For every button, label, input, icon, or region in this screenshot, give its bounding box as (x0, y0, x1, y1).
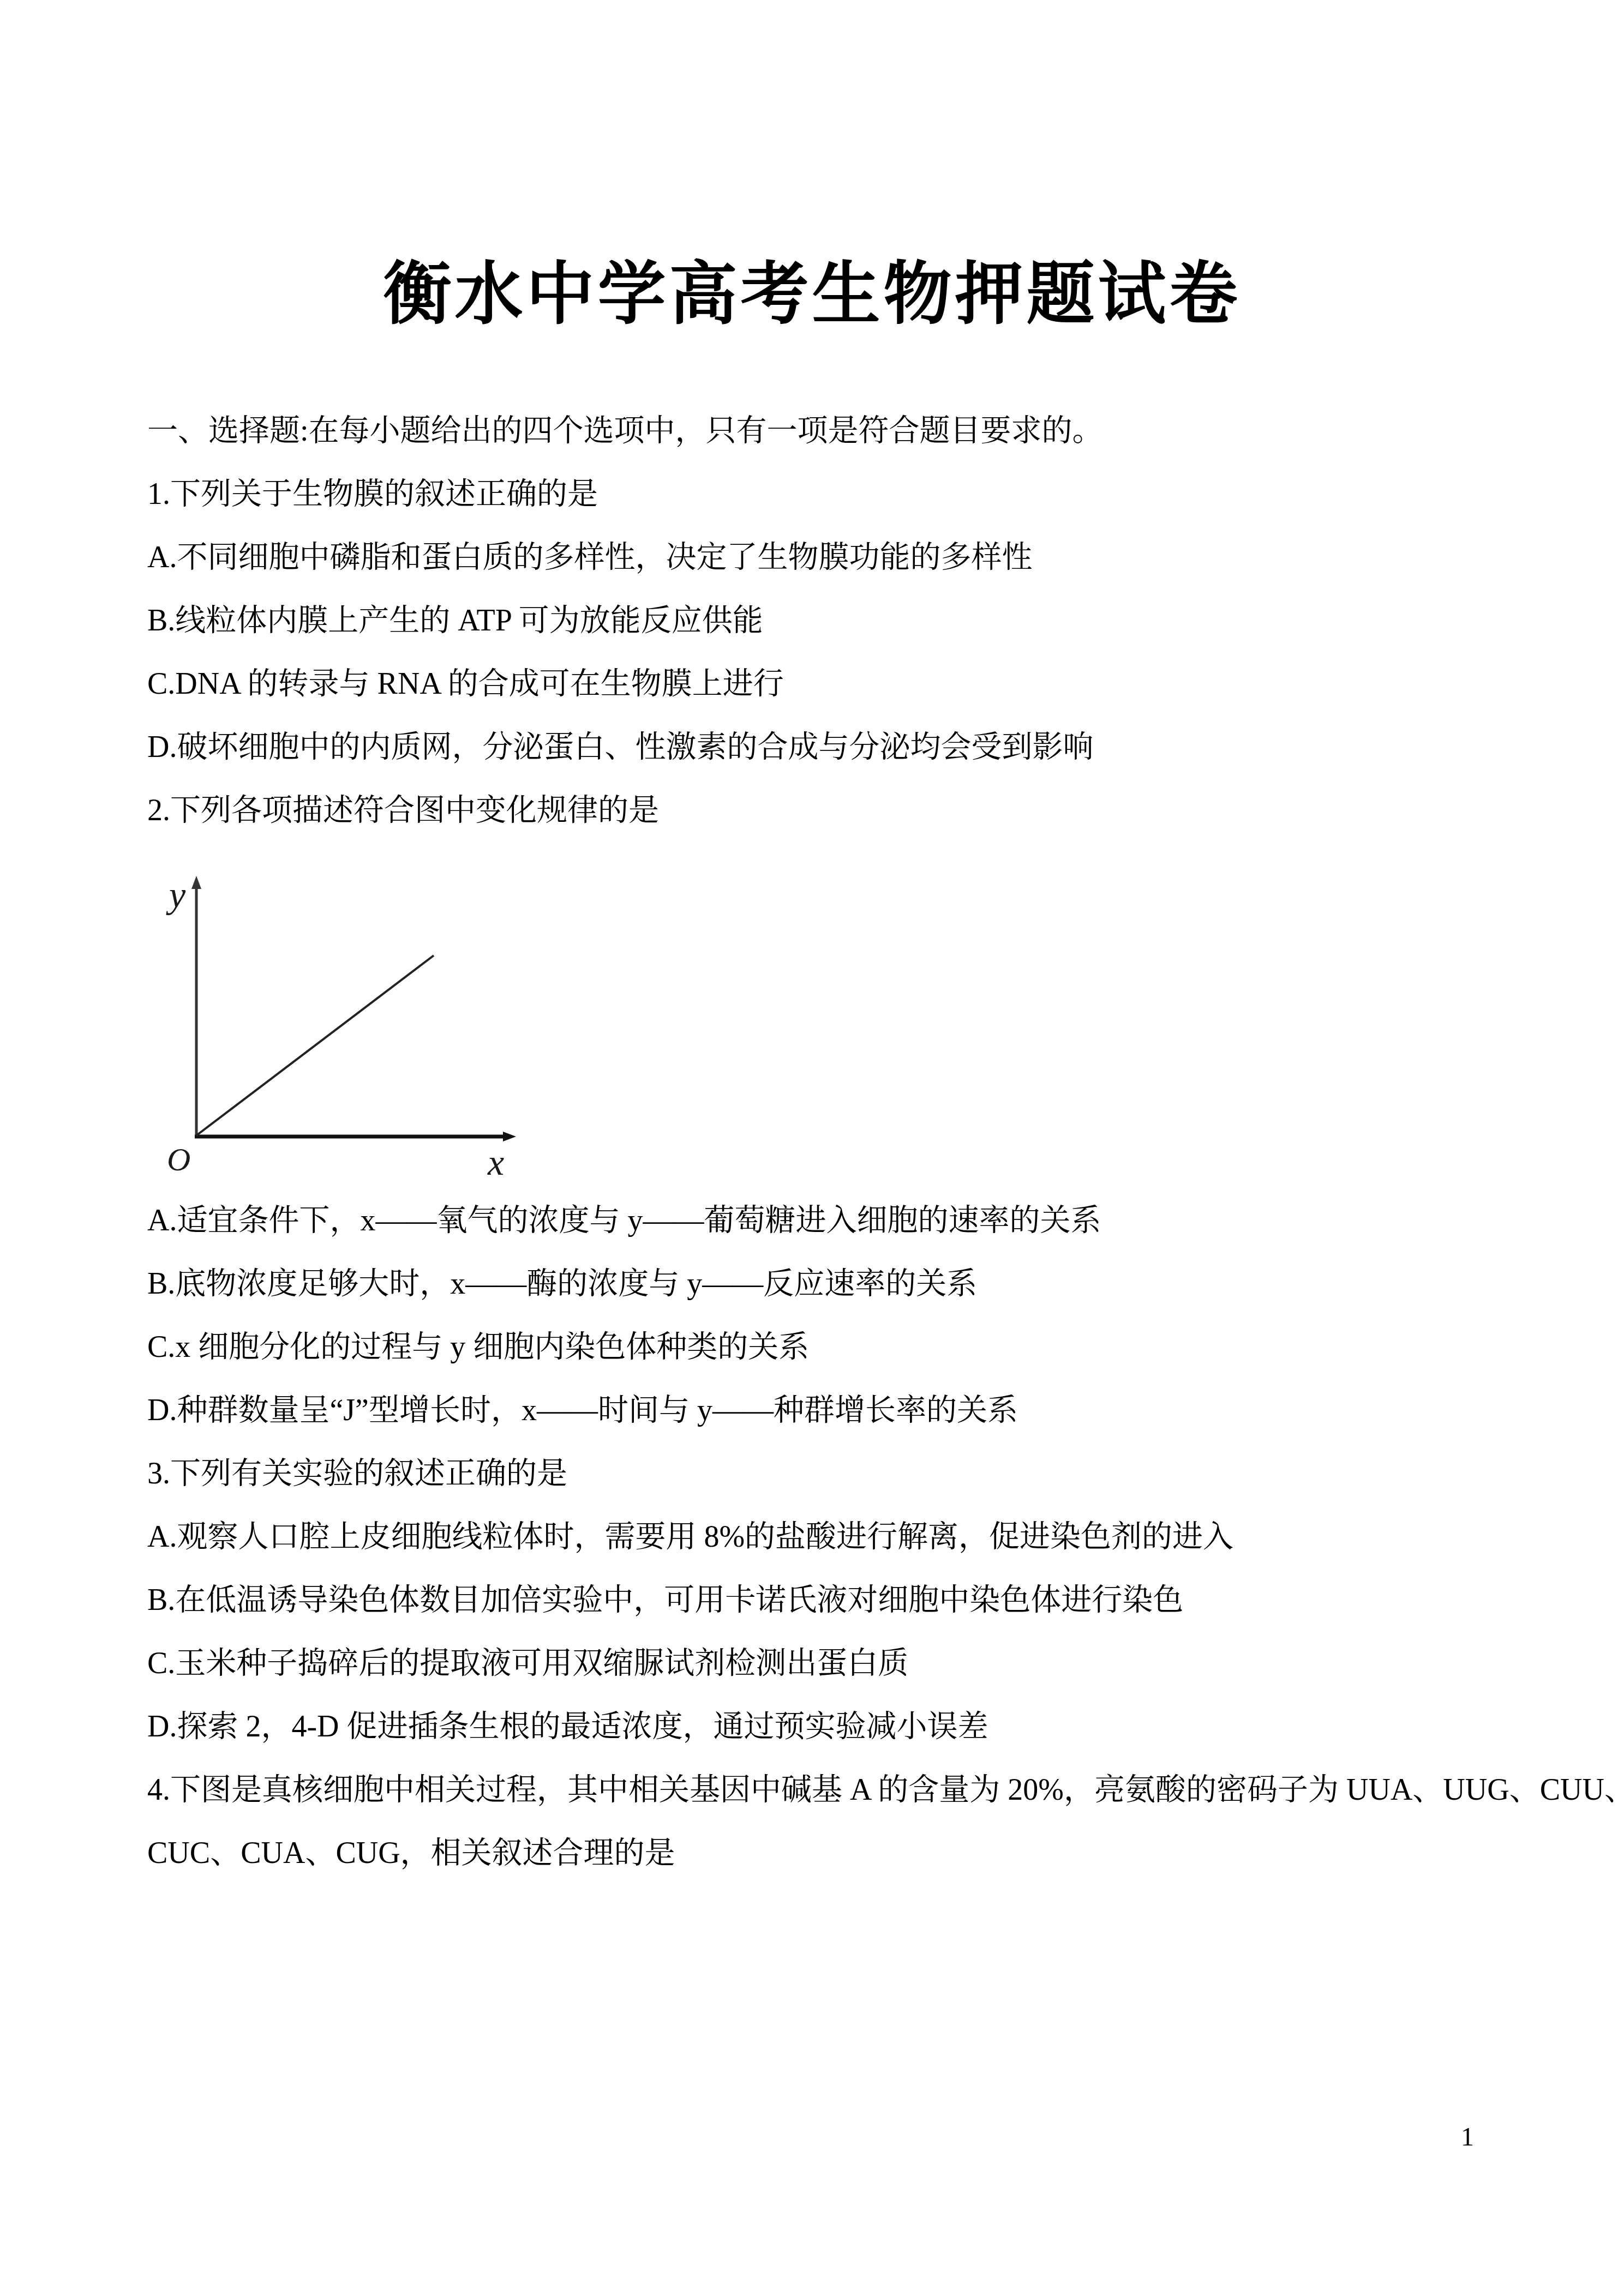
y-axis-arrowhead-icon (191, 876, 201, 889)
q4-stem-line2: CUC、CUA、CUG，相关叙述合理的是 (147, 1822, 1511, 1885)
q3-option-c: C.玉米种子捣碎后的提取液可用双缩脲试剂检测出蛋白质 (147, 1632, 1511, 1695)
q1-option-c: C.DNA 的转录与 RNA 的合成可在生物膜上进行 (147, 652, 1511, 716)
y-axis-label: y (166, 874, 186, 916)
x-axis-arrowhead-icon (503, 1132, 516, 1141)
data-line (196, 955, 434, 1135)
q2-option-b: B.底物浓度足够大时，x——酶的浓度与 y——反应速率的关系 (147, 1252, 1511, 1315)
exam-page: 衡水中学高考生物押题试卷 一、选择题:在每小题给出的四个选项中，只有一项是符合题… (0, 0, 1624, 2296)
xy-line-graph: y O x (163, 869, 517, 1180)
q3-option-a: A.观察人口腔上皮细胞线粒体时，需要用 8%的盐酸进行解离，促进染色剂的进入 (147, 1505, 1511, 1568)
q2-stem: 2.下列各项描述符合图中变化规律的是 (147, 779, 1511, 842)
section-header: 一、选择题:在每小题给出的四个选项中，只有一项是符合题目要求的。 (147, 399, 1511, 462)
q2-option-a: A.适宜条件下，x——氧气的浓度与 y——葡萄糖进入细胞的速率的关系 (147, 1189, 1511, 1252)
q2-option-d: D.种群数量呈“J”型增长时，x——时间与 y——种群增长率的关系 (147, 1379, 1511, 1442)
x-axis-label: x (487, 1141, 504, 1180)
q1-option-a: A.不同细胞中磷脂和蛋白质的多样性，决定了生物膜功能的多样性 (147, 526, 1511, 589)
content-column: 一、选择题:在每小题给出的四个选项中，只有一项是符合题目要求的。 1.下列关于生… (147, 399, 1511, 1885)
q3-option-d: D.探索 2，4-D 促进插条生根的最适浓度，通过预实验减小误差 (147, 1695, 1511, 1758)
q1-option-d: D.破坏细胞中的内质网，分泌蛋白、性激素的合成与分泌均会受到影响 (147, 716, 1511, 779)
q1-stem: 1.下列关于生物膜的叙述正确的是 (147, 462, 1511, 526)
page-title: 衡水中学高考生物押题试卷 (0, 239, 1624, 337)
q1-option-b: B.线粒体内膜上产生的 ATP 可为放能反应供能 (147, 589, 1511, 652)
q3-option-b: B.在低温诱导染色体数目加倍实验中，可用卡诺氏液对细胞中染色体进行染色 (147, 1568, 1511, 1632)
q2-figure: y O x (147, 842, 1511, 1189)
q3-stem: 3.下列有关实验的叙述正确的是 (147, 1442, 1511, 1505)
q4-stem-line1: 4.下图是真核细胞中相关过程，其中相关基因中碱基 A 的含量为 20%，亮氨酸的… (147, 1758, 1511, 1822)
q2-option-c: C.x 细胞分化的过程与 y 细胞内染色体种类的关系 (147, 1315, 1511, 1379)
origin-label: O (167, 1141, 190, 1177)
page-number: 1 (1443, 2123, 1492, 2151)
